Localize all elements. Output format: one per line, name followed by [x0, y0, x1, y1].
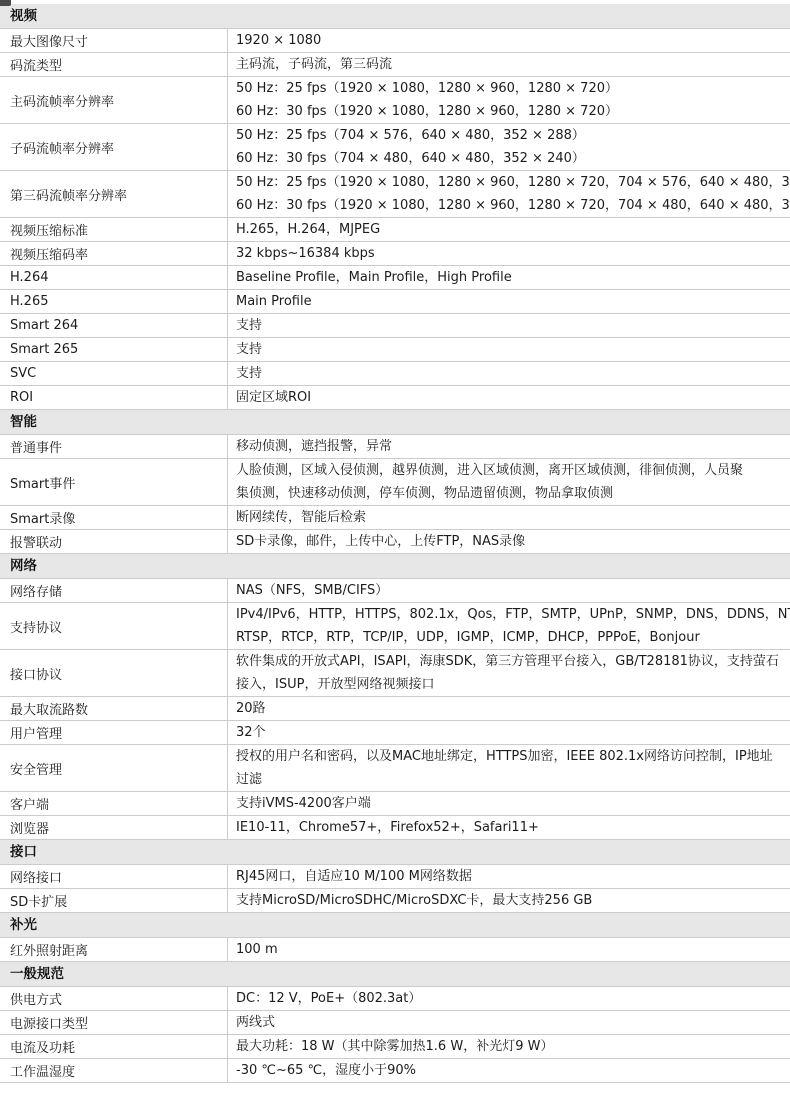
spec-value-line: 人脸侦测，区域入侵侦测，越界侦测，进入区域侦测，离开区域侦测，徘徊侦测，人员聚 — [236, 459, 790, 482]
spec-value-line: 支持iVMS-4200客户端 — [236, 792, 790, 815]
section-header: 视频 — [0, 4, 790, 29]
spec-row: 电源接口类型两线式 — [0, 1011, 790, 1035]
spec-value: H.265，H.264，MJPEG — [227, 218, 790, 241]
spec-table: 视频最大图像尺寸1920 × 1080码流类型主码流，子码流，第三码流主码流帧率… — [0, 0, 790, 1083]
spec-label: 视频压缩码率 — [0, 242, 227, 265]
spec-row: Smart事件人脸侦测，区域入侵侦测，越界侦测，进入区域侦测，离开区域侦测，徘徊… — [0, 459, 790, 506]
spec-value-line: Baseline Profile，Main Profile，High Profi… — [236, 266, 790, 289]
spec-label: 供电方式 — [0, 987, 227, 1010]
spec-row: 网络存储NAS（NFS，SMB/CIFS） — [0, 579, 790, 603]
spec-value: IE10-11，Chrome57+，Firefox52+，Safari11+ — [227, 816, 790, 839]
spec-label: 客户端 — [0, 792, 227, 815]
spec-label: 用户管理 — [0, 721, 227, 744]
spec-row: 视频压缩标准H.265，H.264，MJPEG — [0, 218, 790, 242]
spec-label: Smart 265 — [0, 338, 227, 361]
spec-value: 主码流，子码流，第三码流 — [227, 53, 790, 76]
spec-label: 最大图像尺寸 — [0, 29, 227, 52]
section-header: 智能 — [0, 410, 790, 435]
spec-value: 断网续传，智能后检索 — [227, 506, 790, 529]
spec-value-line: 50 Hz：25 fps（704 × 576，640 × 480，352 × 2… — [236, 124, 790, 147]
spec-value: SD卡录像，邮件，上传中心，上传FTP，NAS录像 — [227, 530, 790, 553]
spec-value: 支持 — [227, 362, 790, 385]
spec-value-line: SD卡录像，邮件，上传中心，上传FTP，NAS录像 — [236, 530, 790, 553]
spec-row: SD卡扩展支持MicroSD/MicroSDHC/MicroSDXC卡，最大支持… — [0, 889, 790, 913]
spec-value: 两线式 — [227, 1011, 790, 1034]
spec-value: 支持MicroSD/MicroSDHC/MicroSDXC卡，最大支持256 G… — [227, 889, 790, 912]
spec-value-line: DC：12 V，PoE+（802.3at） — [236, 987, 790, 1010]
spec-value-line: 接入，ISUP，开放型网络视频接口 — [236, 673, 790, 696]
spec-label: 浏览器 — [0, 816, 227, 839]
spec-value: DC：12 V，PoE+（802.3at） — [227, 987, 790, 1010]
spec-label: 普通事件 — [0, 435, 227, 458]
spec-value-line: 两线式 — [236, 1011, 790, 1034]
spec-value-line: H.265，H.264，MJPEG — [236, 218, 790, 241]
section-header: 网络 — [0, 554, 790, 579]
spec-label: 第三码流帧率分辨率 — [0, 171, 227, 217]
spec-value: 20路 — [227, 697, 790, 720]
spec-label: 子码流帧率分辨率 — [0, 124, 227, 170]
spec-row: 红外照射距离100 m — [0, 938, 790, 962]
section-header: 一般规范 — [0, 962, 790, 987]
spec-label: 安全管理 — [0, 745, 227, 791]
spec-value: 最大功耗：18 W（其中除雾加热1.6 W，补光灯9 W） — [227, 1035, 790, 1058]
spec-value-line: 50 Hz：25 fps（1920 × 1080，1280 × 960，1280… — [236, 77, 790, 100]
spec-value: -30 ℃~65 ℃，湿度小于90% — [227, 1059, 790, 1082]
spec-row: 接口协议软件集成的开放式API，ISAPI，海康SDK，第三方管理平台接入，GB… — [0, 650, 790, 697]
spec-row: H.264Baseline Profile，Main Profile，High … — [0, 266, 790, 290]
spec-label: 视频压缩标准 — [0, 218, 227, 241]
spec-label: 网络存储 — [0, 579, 227, 602]
spec-value: 32个 — [227, 721, 790, 744]
spec-value: 支持 — [227, 314, 790, 337]
spec-value: 固定区域ROI — [227, 386, 790, 409]
spec-value-line: 支持MicroSD/MicroSDHC/MicroSDXC卡，最大支持256 G… — [236, 889, 790, 912]
spec-value: 50 Hz：25 fps（1920 × 1080，1280 × 960，1280… — [227, 77, 790, 123]
spec-label: 支持协议 — [0, 603, 227, 649]
spec-value: 50 Hz：25 fps（1920 × 1080，1280 × 960，1280… — [227, 171, 790, 217]
spec-value-line: 支持 — [236, 314, 790, 337]
spec-value-line: 主码流，子码流，第三码流 — [236, 53, 790, 76]
spec-label: 电源接口类型 — [0, 1011, 227, 1034]
spec-label: 红外照射距离 — [0, 938, 227, 961]
spec-row: 子码流帧率分辨率50 Hz：25 fps（704 × 576，640 × 480… — [0, 124, 790, 171]
spec-row: ROI固定区域ROI — [0, 386, 790, 410]
spec-value-line: RTSP，RTCP，RTP，TCP/IP，UDP，IGMP，ICMP，DHCP，… — [236, 626, 790, 649]
spec-value: 50 Hz：25 fps（704 × 576，640 × 480，352 × 2… — [227, 124, 790, 170]
spec-value-line: 断网续传，智能后检索 — [236, 506, 790, 529]
section-header: 补光 — [0, 913, 790, 938]
spec-value: 授权的用户名和密码，以及MAC地址绑定，HTTPS加密，IEEE 802.1x网… — [227, 745, 790, 791]
spec-value-line: 60 Hz：30 fps（1920 × 1080，1280 × 960，1280… — [236, 100, 790, 123]
spec-row: 网络接口RJ45网口，自适应10 M/100 M网络数据 — [0, 865, 790, 889]
section-header: 接口 — [0, 840, 790, 865]
spec-label: 码流类型 — [0, 53, 227, 76]
spec-value-line: 固定区域ROI — [236, 386, 790, 409]
spec-row: 用户管理32个 — [0, 721, 790, 745]
spec-value: Baseline Profile，Main Profile，High Profi… — [227, 266, 790, 289]
spec-value-line: IPv4/IPv6，HTTP，HTTPS，802.1x，Qos，FTP，SMTP… — [236, 603, 790, 626]
spec-row: 电流及功耗最大功耗：18 W（其中除雾加热1.6 W，补光灯9 W） — [0, 1035, 790, 1059]
spec-value-line: 授权的用户名和密码，以及MAC地址绑定，HTTPS加密，IEEE 802.1x网… — [236, 745, 790, 768]
spec-value-line: 32个 — [236, 721, 790, 744]
spec-value: 支持 — [227, 338, 790, 361]
spec-value: 人脸侦测，区域入侵侦测，越界侦测，进入区域侦测，离开区域侦测，徘徊侦测，人员聚集… — [227, 459, 790, 505]
corner-artifact — [0, 0, 11, 6]
spec-value: 支持iVMS-4200客户端 — [227, 792, 790, 815]
spec-value: RJ45网口，自适应10 M/100 M网络数据 — [227, 865, 790, 888]
spec-row: 客户端支持iVMS-4200客户端 — [0, 792, 790, 816]
spec-row: 最大图像尺寸1920 × 1080 — [0, 29, 790, 53]
spec-row: SVC支持 — [0, 362, 790, 386]
spec-row: 支持协议IPv4/IPv6，HTTP，HTTPS，802.1x，Qos，FTP，… — [0, 603, 790, 650]
spec-label: SVC — [0, 362, 227, 385]
spec-row: 供电方式DC：12 V，PoE+（802.3at） — [0, 987, 790, 1011]
spec-value-line: -30 ℃~65 ℃，湿度小于90% — [236, 1059, 790, 1082]
spec-value-line: 支持 — [236, 362, 790, 385]
spec-label: Smart 264 — [0, 314, 227, 337]
spec-label: 网络接口 — [0, 865, 227, 888]
spec-value-line: 100 m — [236, 938, 790, 961]
spec-label: 电流及功耗 — [0, 1035, 227, 1058]
spec-label: H.265 — [0, 290, 227, 313]
spec-value: 移动侦测，遮挡报警，异常 — [227, 435, 790, 458]
spec-value-line: 软件集成的开放式API，ISAPI，海康SDK，第三方管理平台接入，GB/T28… — [236, 650, 790, 673]
spec-value: 软件集成的开放式API，ISAPI，海康SDK，第三方管理平台接入，GB/T28… — [227, 650, 790, 696]
spec-value-line: RJ45网口，自适应10 M/100 M网络数据 — [236, 865, 790, 888]
spec-value-line: IE10-11，Chrome57+，Firefox52+，Safari11+ — [236, 816, 790, 839]
spec-value-line: 集侦测，快速移动侦测，停车侦测，物品遗留侦测，物品拿取侦测 — [236, 482, 790, 505]
spec-label: Smart事件 — [0, 459, 227, 505]
spec-value-line: 50 Hz：25 fps（1920 × 1080，1280 × 960，1280… — [236, 171, 790, 194]
spec-value: 32 kbps~16384 kbps — [227, 242, 790, 265]
spec-value-line: 过滤 — [236, 768, 790, 791]
spec-row: 报警联动SD卡录像，邮件，上传中心，上传FTP，NAS录像 — [0, 530, 790, 554]
spec-value: IPv4/IPv6，HTTP，HTTPS，802.1x，Qos，FTP，SMTP… — [227, 603, 790, 649]
spec-value-line: 移动侦测，遮挡报警，异常 — [236, 435, 790, 458]
spec-label: ROI — [0, 386, 227, 409]
spec-row: Smart 265支持 — [0, 338, 790, 362]
spec-label: SD卡扩展 — [0, 889, 227, 912]
spec-value-line: Main Profile — [236, 290, 790, 313]
spec-value: Main Profile — [227, 290, 790, 313]
spec-value-line: 60 Hz：30 fps（1920 × 1080，1280 × 960，1280… — [236, 194, 790, 217]
spec-label: H.264 — [0, 266, 227, 289]
spec-row: 主码流帧率分辨率50 Hz：25 fps（1920 × 1080，1280 × … — [0, 77, 790, 124]
spec-row: 工作温湿度-30 ℃~65 ℃，湿度小于90% — [0, 1059, 790, 1083]
spec-value-line: 支持 — [236, 338, 790, 361]
spec-row: 视频压缩码率32 kbps~16384 kbps — [0, 242, 790, 266]
spec-value-line: 1920 × 1080 — [236, 29, 790, 52]
spec-row: 普通事件移动侦测，遮挡报警，异常 — [0, 435, 790, 459]
spec-row: H.265Main Profile — [0, 290, 790, 314]
spec-row: 码流类型主码流，子码流，第三码流 — [0, 53, 790, 77]
spec-value-line: 最大功耗：18 W（其中除雾加热1.6 W，补光灯9 W） — [236, 1035, 790, 1058]
spec-value-line: NAS（NFS，SMB/CIFS） — [236, 579, 790, 602]
spec-label: 最大取流路数 — [0, 697, 227, 720]
spec-value: NAS（NFS，SMB/CIFS） — [227, 579, 790, 602]
spec-value: 1920 × 1080 — [227, 29, 790, 52]
spec-value-line: 32 kbps~16384 kbps — [236, 242, 790, 265]
spec-row: Smart录像断网续传，智能后检索 — [0, 506, 790, 530]
spec-value: 100 m — [227, 938, 790, 961]
spec-value-line: 60 Hz：30 fps（704 × 480，640 × 480，352 × 2… — [236, 147, 790, 170]
spec-row: 安全管理授权的用户名和密码，以及MAC地址绑定，HTTPS加密，IEEE 802… — [0, 745, 790, 792]
spec-page: 视频最大图像尺寸1920 × 1080码流类型主码流，子码流，第三码流主码流帧率… — [0, 0, 790, 1096]
spec-row: Smart 264支持 — [0, 314, 790, 338]
spec-row: 第三码流帧率分辨率50 Hz：25 fps（1920 × 1080，1280 ×… — [0, 171, 790, 218]
spec-label: 接口协议 — [0, 650, 227, 696]
spec-label: Smart录像 — [0, 506, 227, 529]
spec-label: 报警联动 — [0, 530, 227, 553]
spec-row: 最大取流路数20路 — [0, 697, 790, 721]
spec-label: 工作温湿度 — [0, 1059, 227, 1082]
spec-label: 主码流帧率分辨率 — [0, 77, 227, 123]
spec-row: 浏览器IE10-11，Chrome57+，Firefox52+，Safari11… — [0, 816, 790, 840]
spec-value-line: 20路 — [236, 697, 790, 720]
